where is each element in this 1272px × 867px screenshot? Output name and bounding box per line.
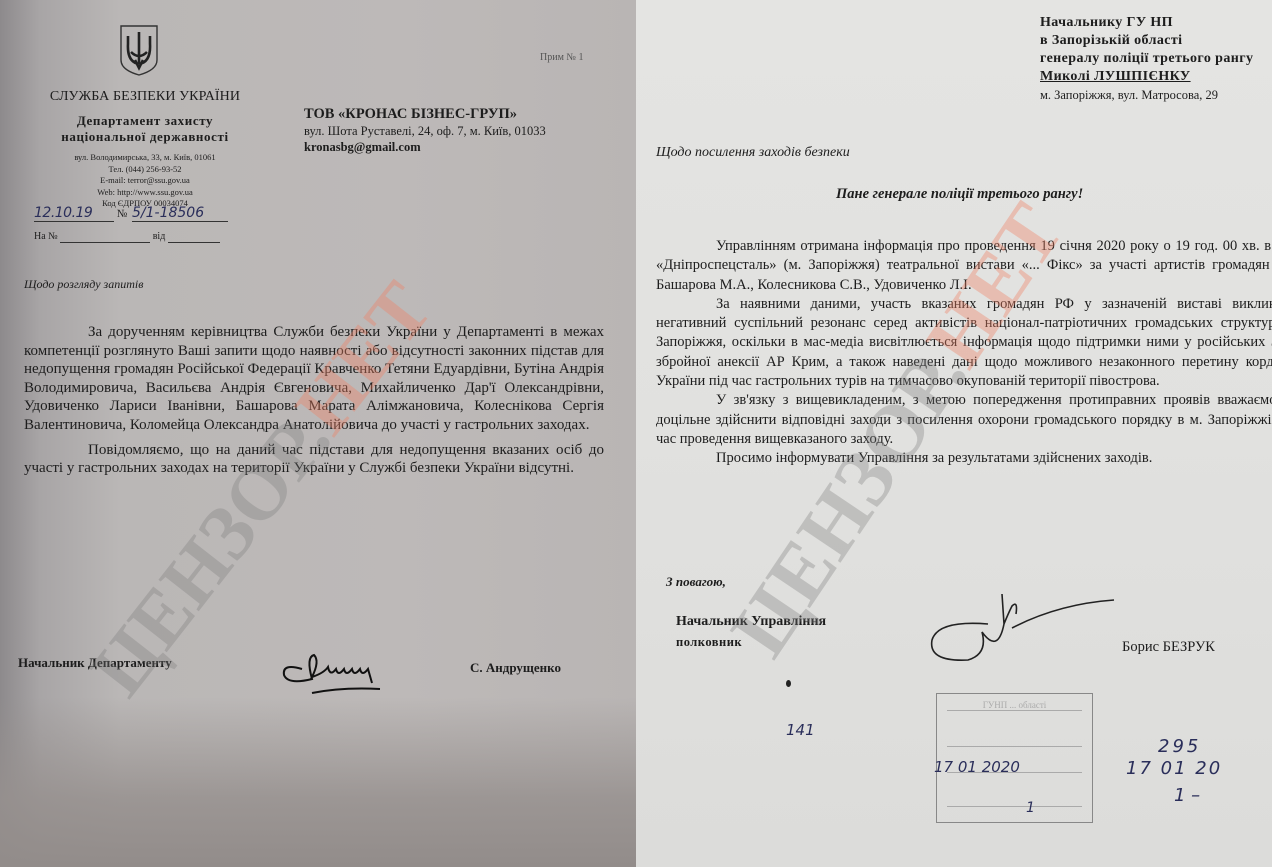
incoming-copies: 1 – [1174,785,1200,806]
contact-address: вул. Володимирська, 33, м. Київ, 01061 [20,152,270,164]
signatory-title: Начальник Управління полковник [676,612,826,652]
letter-body: За дорученням керівництва Служби безпеки… [24,323,604,484]
signature-mark [272,643,412,703]
addressee-block: Начальнику ГУ НП в Запорізькій області г… [1040,14,1272,104]
contact-email: E-mail: terror@ssu.gov.ua [20,175,270,187]
signature-mark [908,584,1118,674]
registration-line: 12.10.19 № 5/1-18506 [34,205,230,222]
letter-subject: Щодо посилення заходів безпеки [656,145,850,161]
contact-phone: Тел. (044) 256-93-52 [20,164,270,176]
closing: З повагою, [666,574,726,590]
organization-name: СЛУЖБА БЕЗПЕКИ УКРАЇНИ [20,89,270,105]
letter-body: Управлінням отримана інформація про пров… [656,237,1272,469]
signatory-name: С. Андрущенко [470,660,561,676]
signatory-name: Борис БЕЗРУК [1122,639,1215,656]
attachment-note: Прим № 1 [540,52,583,63]
registration-number: 5/1-18506 [132,205,228,222]
addressee-address: м. Запоріжжя, вул. Матросова, 29 [1040,86,1272,104]
contact-web: Web: http://www.ssu.gov.ua [20,187,270,199]
ink-dot [786,680,791,687]
salutation: Пане генерале поліції третього рангу! [836,186,1083,203]
ssu-letter-photo: СЛУЖБА БЕЗПЕКИ УКРАЇНИ Департамент захис… [0,0,636,867]
addressee-name: Миколі ЛУШПІЄНКУ [1040,68,1272,86]
signatory-title: Начальник Департаменту [18,655,172,671]
letter-subject: Щодо розгляду запитів [24,277,143,292]
recipient-address: вул. Шота Руставелі, 24, оф. 7, м. Київ,… [304,124,624,139]
reference-line: На № від [34,231,234,243]
body-paragraph: Управлінням отримана інформація про пров… [656,237,1272,295]
body-paragraph: У зв'язку з вищевикладеним, з метою попе… [656,391,1272,449]
incoming-number: 295 [1158,736,1201,757]
body-paragraph: Повідомляємо, що на даний час підстави д… [24,441,604,478]
registration-date: 12.10.19 [34,205,114,222]
incoming-date: 17 01 20 [1126,758,1222,779]
body-paragraph: За наявними даними, участь вказаних гром… [656,295,1272,391]
department-name: Департамент захисту національної державн… [20,113,270,145]
recipient-name: ТОВ «КРОНАС БІЗНЕС-ГРУП» [304,106,624,123]
trident-coat-of-arms-icon [119,24,159,76]
police-letter-photo: Начальнику ГУ НП в Запорізькій області г… [636,0,1272,867]
body-paragraph: Просимо інформувати Управління за резуль… [656,449,1272,468]
stamp-entry-number: 141 [786,721,815,739]
body-paragraph: За дорученням керівництва Служби безпеки… [24,323,604,435]
stamp-entry-date: 17 01 2020 [934,758,1020,776]
signatory-rank: полковник [676,632,826,652]
recipient-email: kronasbg@gmail.com [304,140,624,155]
contact-block: вул. Володимирська, 33, м. Київ, 01061 Т… [20,152,270,210]
recipient-block: ТОВ «КРОНАС БІЗНЕС-ГРУП» вул. Шота Руста… [304,106,624,155]
stamp-copies: 1 [1026,800,1035,816]
